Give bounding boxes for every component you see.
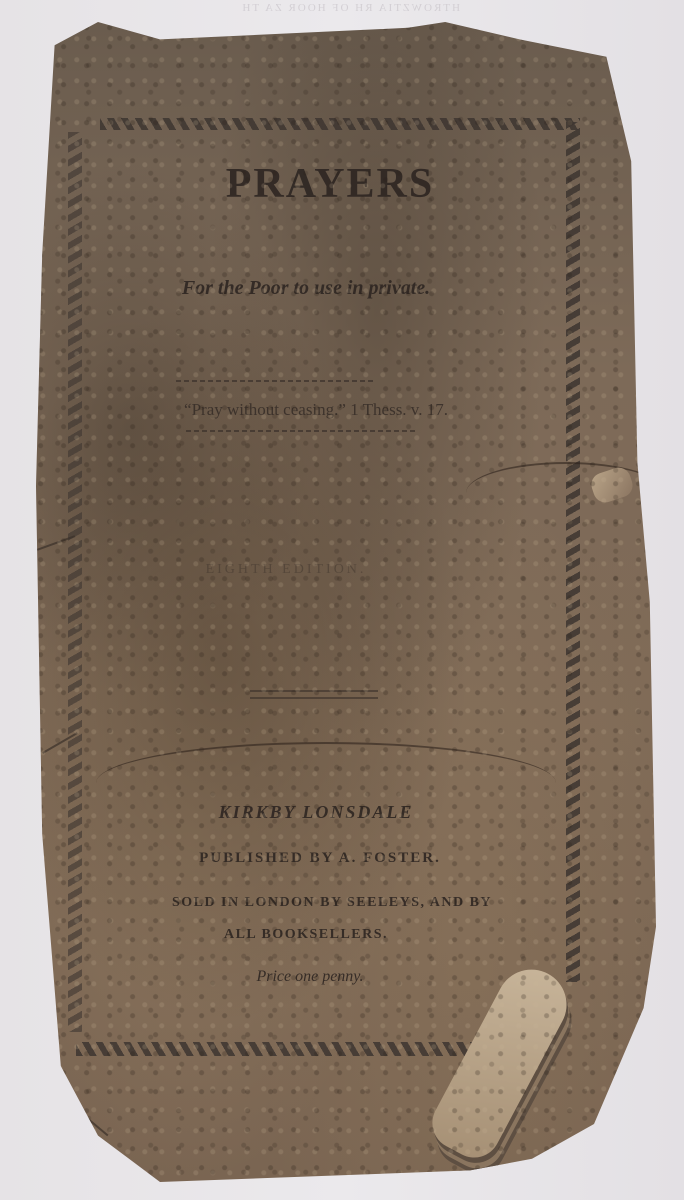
- crease-horizontal: [96, 742, 556, 824]
- epigraph: “Pray without ceasing.” 1 Thess. v. 17.: [6, 400, 626, 420]
- binding-thread: [54, 1090, 109, 1137]
- lower-dotted-rule: [186, 430, 416, 432]
- crease-tear-right: [466, 462, 666, 524]
- imprint-publisher: PUBLISHED BY A. FOSTER.: [10, 850, 630, 867]
- torn-page-stack: [423, 957, 579, 1166]
- imprint-booksellers: ALL BOOKSELLERS.: [0, 927, 616, 943]
- show-through-text: HTROWZTIA RH OF HOOR ZA TH: [40, 2, 460, 14]
- pamphlet-cover: PRAYERS For the Poor to use in private. …: [36, 22, 656, 1182]
- cover-title: PRAYERS: [20, 160, 640, 208]
- double-rule: [250, 690, 378, 699]
- imprint-sold-by: SOLD IN LONDON BY SEELEYS, AND BY: [22, 895, 642, 911]
- upper-dotted-rule: [176, 380, 376, 382]
- edition-line: EIGHTH EDITION.: [0, 562, 596, 578]
- cover-subtitle: For the Poor to use in private.: [0, 277, 616, 300]
- top-rope-border: [100, 118, 580, 130]
